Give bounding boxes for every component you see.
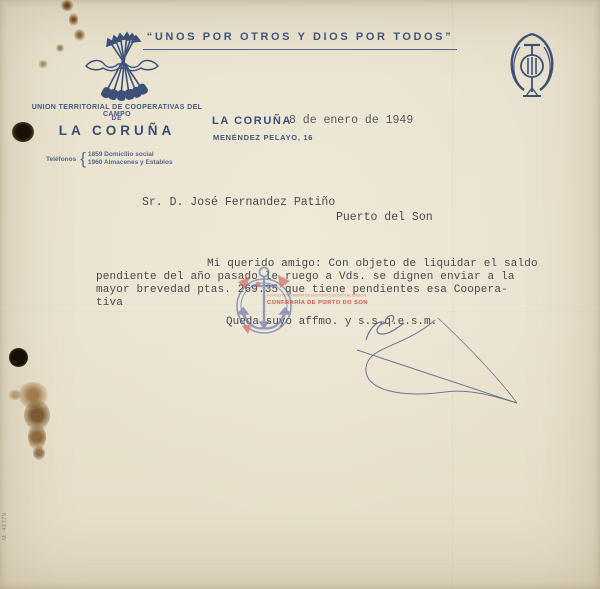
org-name-line2: DE: [24, 115, 210, 122]
phone-line-1: 1859 Domicilio social: [88, 151, 173, 160]
brown-stain: [8, 390, 22, 400]
recipient-place: Puerto del Son: [336, 211, 433, 224]
yoke-and-arrows-icon: [80, 26, 164, 102]
dateline-street: MENÉNDEZ PELAYO, 16: [213, 133, 313, 142]
dateline-city: LA CORUÑA: [212, 115, 292, 127]
letter-document: “UNOS POR OTROS Y DIOS POR TODOS”: [0, 0, 600, 589]
brown-stain: [33, 446, 45, 460]
brown-stain: [18, 382, 48, 408]
dateline-typed-date: 8 de enero de 1949: [289, 114, 413, 127]
org-name-city: LA CORUÑA: [24, 123, 210, 138]
recipient-name: Sr. D. José Fernandez Patiño: [142, 196, 335, 209]
punch-hole: [9, 348, 28, 367]
phone-line-2: 1960 Almacenes y Establos: [88, 159, 173, 168]
brown-stain: [28, 424, 46, 450]
phones-label: Teléfonos: [46, 156, 76, 163]
wreath-cooperative-emblem-icon: [502, 32, 562, 100]
phones-block: Teléfonos { 1859 Domicilio social 1960 A…: [46, 149, 196, 169]
stamp-caption-small: FONDO DOCUMENTOS HISTÓRICOS DIXITALIZADO…: [267, 294, 366, 298]
rust-stain: [60, 0, 74, 11]
rust-stain: [69, 12, 78, 27]
slogan-text: “UNOS POR OTROS Y DIOS POR TODOS”: [143, 31, 457, 50]
brown-stain: [24, 400, 50, 430]
body-line: tiva: [96, 297, 123, 309]
stamp-caption-main: CONFRARÍA DE PORTO DO SON: [267, 300, 368, 306]
printer-mark: M. 42779: [2, 512, 8, 540]
phones-brace: {: [80, 149, 86, 169]
rust-stain: [38, 60, 48, 68]
signature: [348, 310, 533, 415]
